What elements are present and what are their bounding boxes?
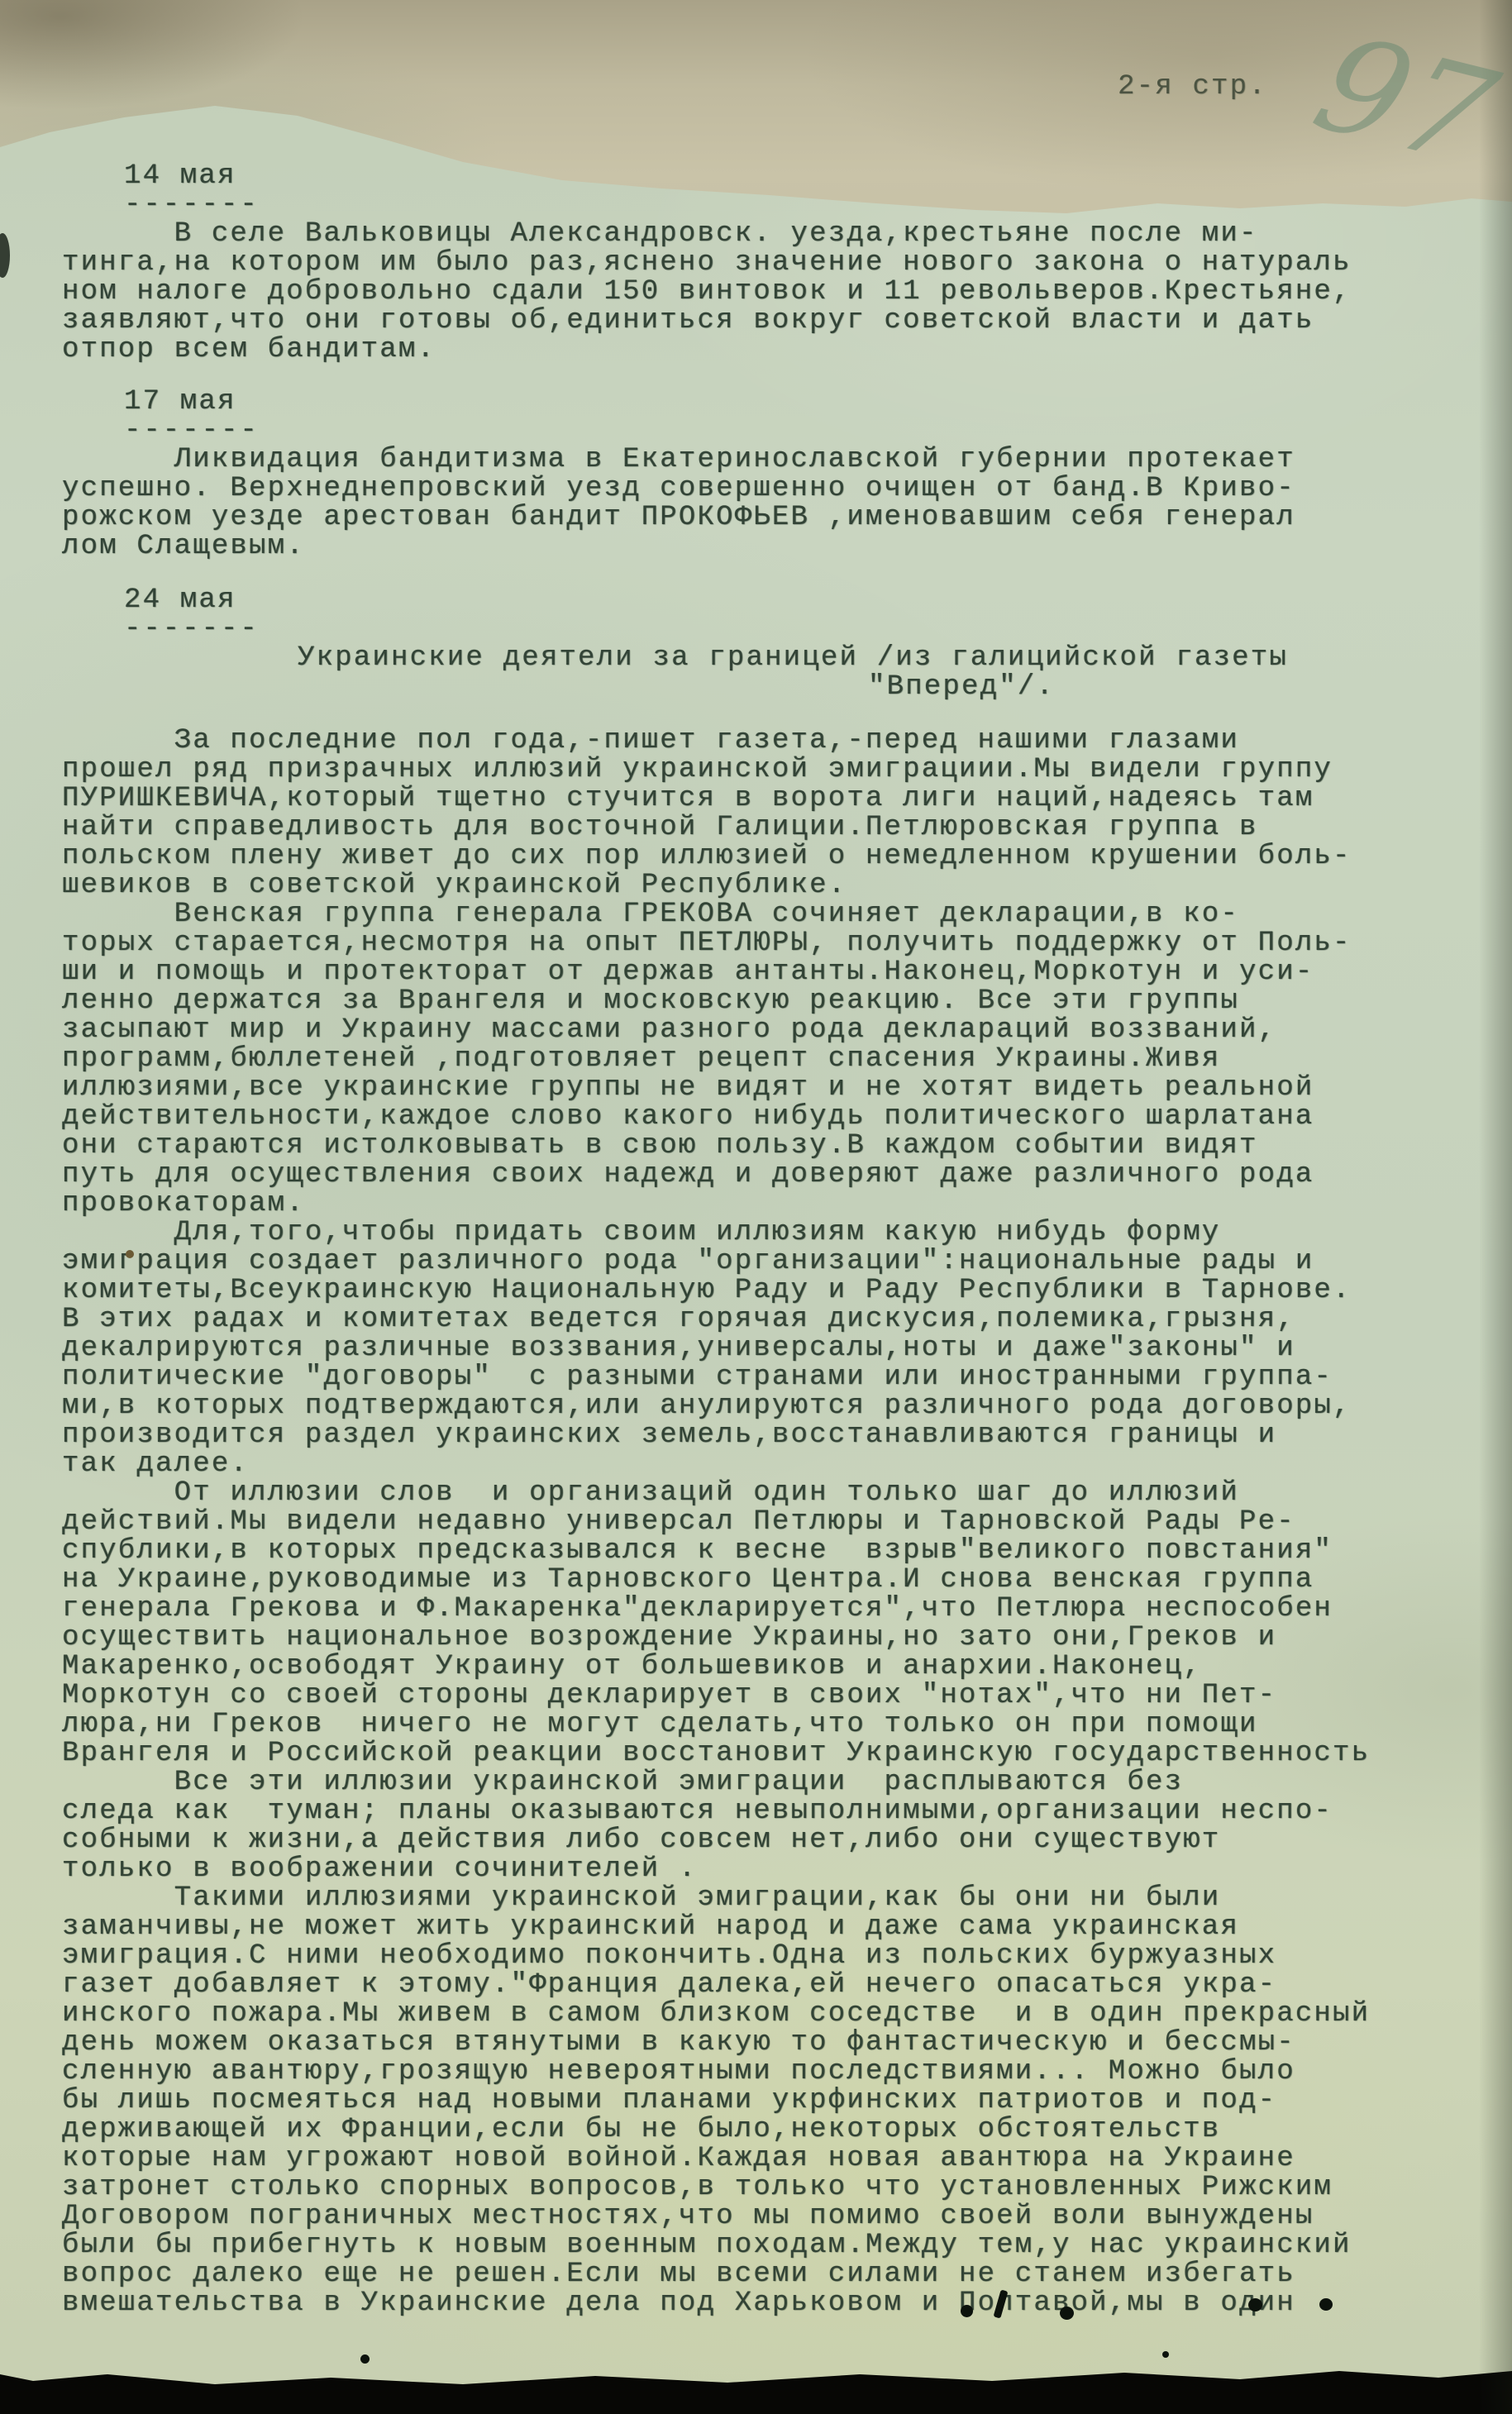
paragraph: За последние пол года,-пишет газета,-пер… (62, 727, 1487, 900)
ink-speck (961, 2305, 973, 2317)
paragraph: От иллюзии слов и организаций один тольк… (62, 1479, 1487, 1768)
paragraph: Ликвидация бандитизма в Екатеринославско… (62, 446, 1487, 561)
paragraph: Все эти иллюзии украинской эмиграции рас… (62, 1768, 1487, 1884)
ink-speck (1060, 2307, 1074, 2320)
entry-24-may: 24 мая ------- Украинские деятели за гра… (62, 586, 1487, 2318)
entry-date: 14 мая (124, 162, 1487, 191)
paragraph: Венская группа генерала ГРЕКОВА сочиняет… (62, 900, 1487, 1219)
paragraph: Для,того,чтобы придать своим иллюзиям ка… (62, 1219, 1487, 1479)
ink-speck (1162, 2351, 1169, 2358)
paragraph: В селе Вальковицы Александровск. уезда,к… (62, 220, 1487, 365)
entry-17-may: 17 мая ------- Ликвидация бандитизма в Е… (62, 388, 1487, 561)
ink-speck (1319, 2298, 1333, 2311)
date-underline: ------- (124, 417, 1487, 446)
paragraph: Такими иллюзиями украинской эмиграции,ка… (62, 1884, 1487, 2318)
ink-speck (360, 2354, 370, 2364)
date-underline: ------- (124, 191, 1487, 220)
article-title-line-2: "Вперед"/. (868, 673, 1487, 702)
page-number-label: 2-я стр. (1118, 71, 1267, 103)
typewritten-text: 14 мая ------- В селе Вальковицы Алексан… (62, 162, 1487, 2318)
entry-date: 24 мая (124, 586, 1487, 615)
date-underline: ------- (124, 615, 1487, 644)
entry-14-may: 14 мая ------- В селе Вальковицы Алексан… (62, 162, 1487, 365)
entry-date: 17 мая (124, 388, 1487, 417)
article-title-line-1: Украинские деятели за границей /из галиц… (298, 644, 1487, 673)
stain-speck (126, 1250, 134, 1258)
ink-speck (1248, 2298, 1262, 2311)
